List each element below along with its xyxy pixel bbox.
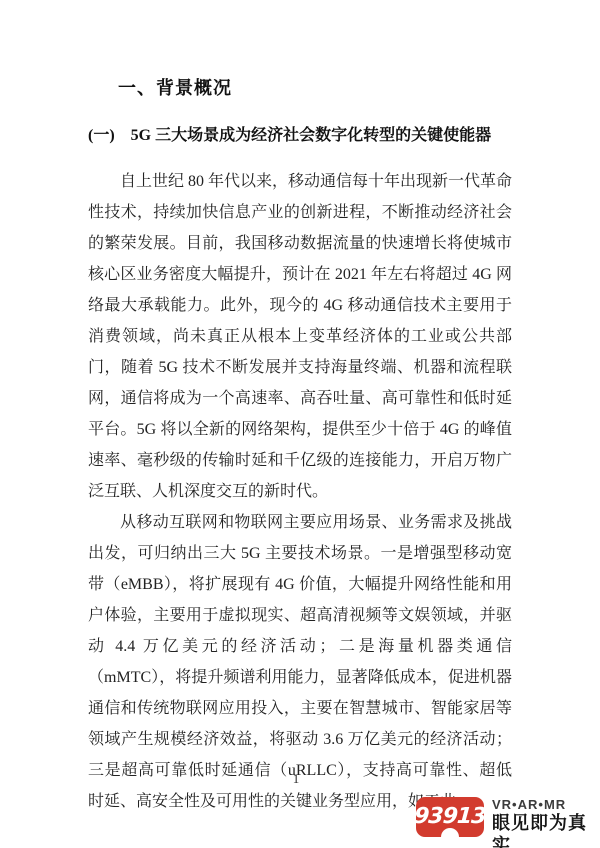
watermark-tagline: 眼见即为真实 [492,812,600,848]
subsection-heading: (一) 5G 三大场景成为经济社会数字化转型的关键使能器 [88,122,518,145]
watermark-text: VR•AR•MR 眼见即为真实 [492,797,600,848]
document-body: 自上世纪 80 年代以来，移动通信每十年出现新一代革命性技术，持续加快信息产业的… [88,166,512,817]
watermark: 93913 VR•AR•MR 眼见即为真实 [416,797,600,848]
93913-goggles-logo-icon: 93913 [416,797,484,837]
document-page: 一、背景概况 (一) 5G 三大场景成为经济社会数字化转型的关键使能器 自上世纪… [0,0,600,848]
paragraph-1: 自上世纪 80 年代以来，移动通信每十年出现新一代革命性技术，持续加快信息产业的… [88,166,512,507]
watermark-vr-ar-mr-label: VR•AR•MR [492,797,600,812]
goggle-notch [441,828,459,846]
page-number: 1 [0,771,592,787]
section-heading: 一、背景概况 [118,74,232,100]
